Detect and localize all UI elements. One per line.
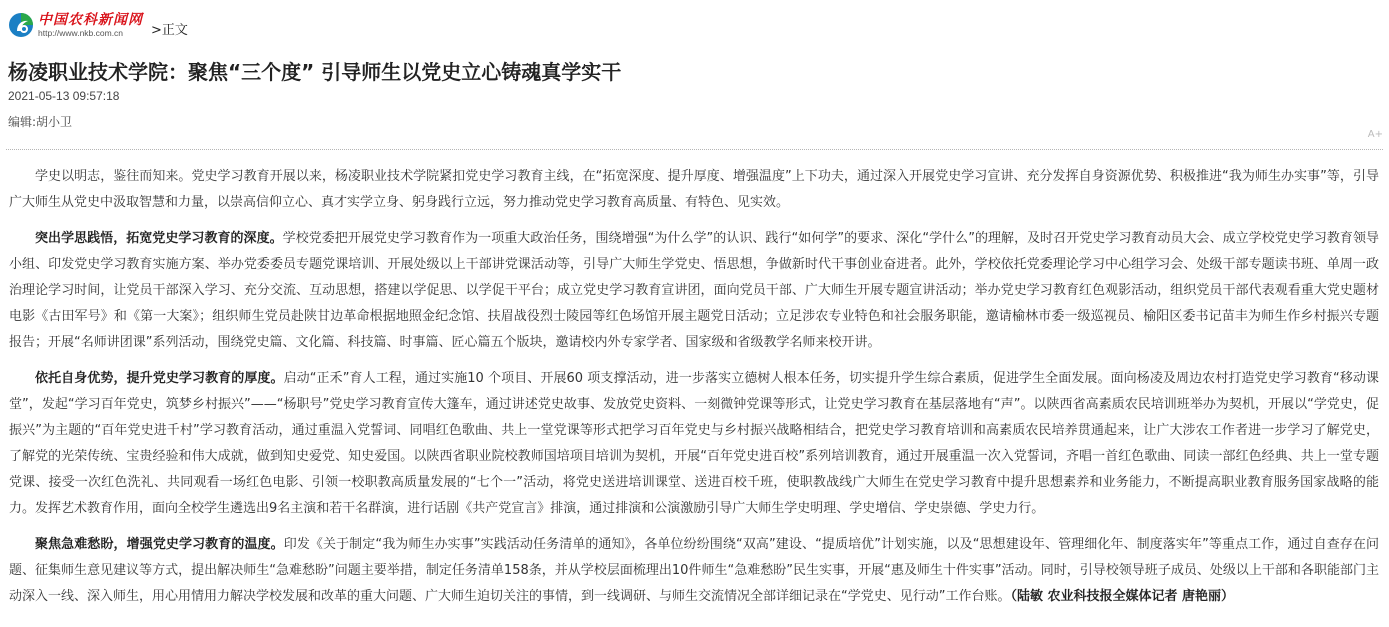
font-size-increase-button[interactable]: A+ xyxy=(1368,129,1383,140)
paragraph-lead: 聚焦急难愁盼，增强党史学习教育的温度。 xyxy=(35,537,284,552)
logo-url: http://www.nkb.com.cn xyxy=(38,29,143,38)
logo-title: 中国农科新闻网 xyxy=(38,13,143,27)
article-title: 杨凌职业技术学院：聚焦“三个度” 引导师生以党史立心铸魂真学实干 xyxy=(8,56,621,85)
article-editor: 编辑:胡小卫 xyxy=(8,113,72,130)
paragraph-text: 学校党委把开展党史学习教育作为一项重大政治任务，围绕增强“为什么学”的认识、践行… xyxy=(9,231,1379,350)
article-byline: （陆敏 农业科技报全媒体记者 唐艳丽） xyxy=(1010,589,1234,604)
publish-datetime: 2021-05-13 09:57:18 xyxy=(8,89,119,103)
header-divider xyxy=(6,149,1383,150)
breadcrumb: >正文 xyxy=(151,19,188,38)
article-paragraph: 学史以明志，鉴往而知来。党史学习教育开展以来，杨凌职业技术学院紧扣党史学习教育主… xyxy=(9,164,1379,216)
site-logo[interactable]: 中国农科新闻网 http://www.nkb.com.cn xyxy=(8,12,143,38)
article-paragraph: 依托自身优势，提升党史学习教育的厚度。启动“正禾”育人工程，通过实施10 个项目… xyxy=(9,366,1379,522)
article-body: 学史以明志，鉴往而知来。党史学习教育开展以来，杨凌职业技术学院紧扣党史学习教育主… xyxy=(9,164,1379,620)
site-header: 中国农科新闻网 http://www.nkb.com.cn >正文 xyxy=(8,10,188,40)
paragraph-text: 学史以明志，鉴往而知来。党史学习教育开展以来，杨凌职业技术学院紧扣党史学习教育主… xyxy=(9,169,1379,210)
logo-icon xyxy=(8,12,34,38)
article-paragraph: 突出学思践悟，拓宽党史学习教育的深度。学校党委把开展党史学习教育作为一项重大政治… xyxy=(9,226,1379,356)
paragraph-lead: 依托自身优势，提升党史学习教育的厚度。 xyxy=(35,371,284,386)
paragraph-lead: 突出学思践悟，拓宽党史学习教育的深度。 xyxy=(35,231,283,246)
article-paragraph: 聚焦急难愁盼，增强党史学习教育的温度。印发《关于制定“我为师生办实事”实践活动任… xyxy=(9,532,1379,610)
paragraph-text: 启动“正禾”育人工程，通过实施10 个项目、开展60 项支撑活动，进一步落实立德… xyxy=(9,371,1379,516)
